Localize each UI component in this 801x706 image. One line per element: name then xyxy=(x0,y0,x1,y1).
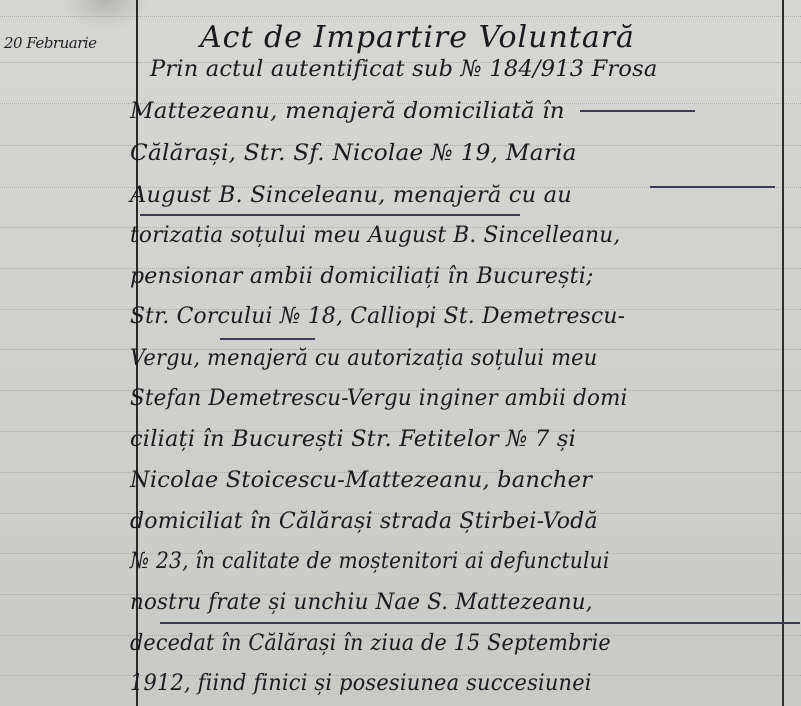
text-line-2: Mattezeanu, menajeră domiciliată în xyxy=(130,98,565,124)
act-title: Act de Impartire Voluntară xyxy=(200,20,635,55)
text-line-14: nostru frate și unchiu Nae S. Mattezeanu… xyxy=(130,589,593,615)
text-line-8: Vergu, menajeră cu autorizația soțului m… xyxy=(130,345,597,371)
text-line-7: Str. Corcului № 18, Calliopi St. Demetre… xyxy=(130,303,625,329)
underline-maria xyxy=(650,186,775,188)
register-page: 20 Februarie Act de Impartire Voluntară … xyxy=(0,0,801,706)
underline-frosa xyxy=(580,110,695,112)
text-line-16: 1912, fiind finici și posesiunea succesi… xyxy=(130,670,592,696)
text-line-1: Prin actul autentificat sub № 184/913 Fr… xyxy=(150,56,658,82)
ruled-line xyxy=(0,16,801,17)
underline-nae-mattezeanu xyxy=(160,622,800,624)
text-line-13: № 23, în calitate de moștenitori ai defu… xyxy=(130,548,610,574)
underline-august-sincelleanu xyxy=(140,214,520,216)
text-line-5: torizatia soțului meu August B. Sincelle… xyxy=(130,222,620,248)
underline-corcului xyxy=(220,338,315,340)
right-margin-rule xyxy=(782,0,784,706)
text-line-3: Călărași, Str. Sf. Nicolae № 19, Maria xyxy=(130,140,577,166)
margin-date: 20 Februarie xyxy=(4,34,97,52)
text-line-6: pensionar ambii domiciliați în București… xyxy=(130,263,594,289)
text-line-12: domiciliat în Călărași strada Știrbei-Vo… xyxy=(130,508,598,534)
text-line-11: Nicolae Stoicescu-Mattezeanu, bancher xyxy=(130,467,592,493)
text-line-4: August B. Sinceleanu, menajeră cu au xyxy=(130,182,572,208)
text-line-15: decedat în Călărași în ziua de 15 Septem… xyxy=(130,630,611,656)
text-line-9: Stefan Demetrescu-Vergu inginer ambii do… xyxy=(130,385,628,411)
text-line-10: ciliați în București Str. Fetitelor № 7 … xyxy=(130,426,576,452)
